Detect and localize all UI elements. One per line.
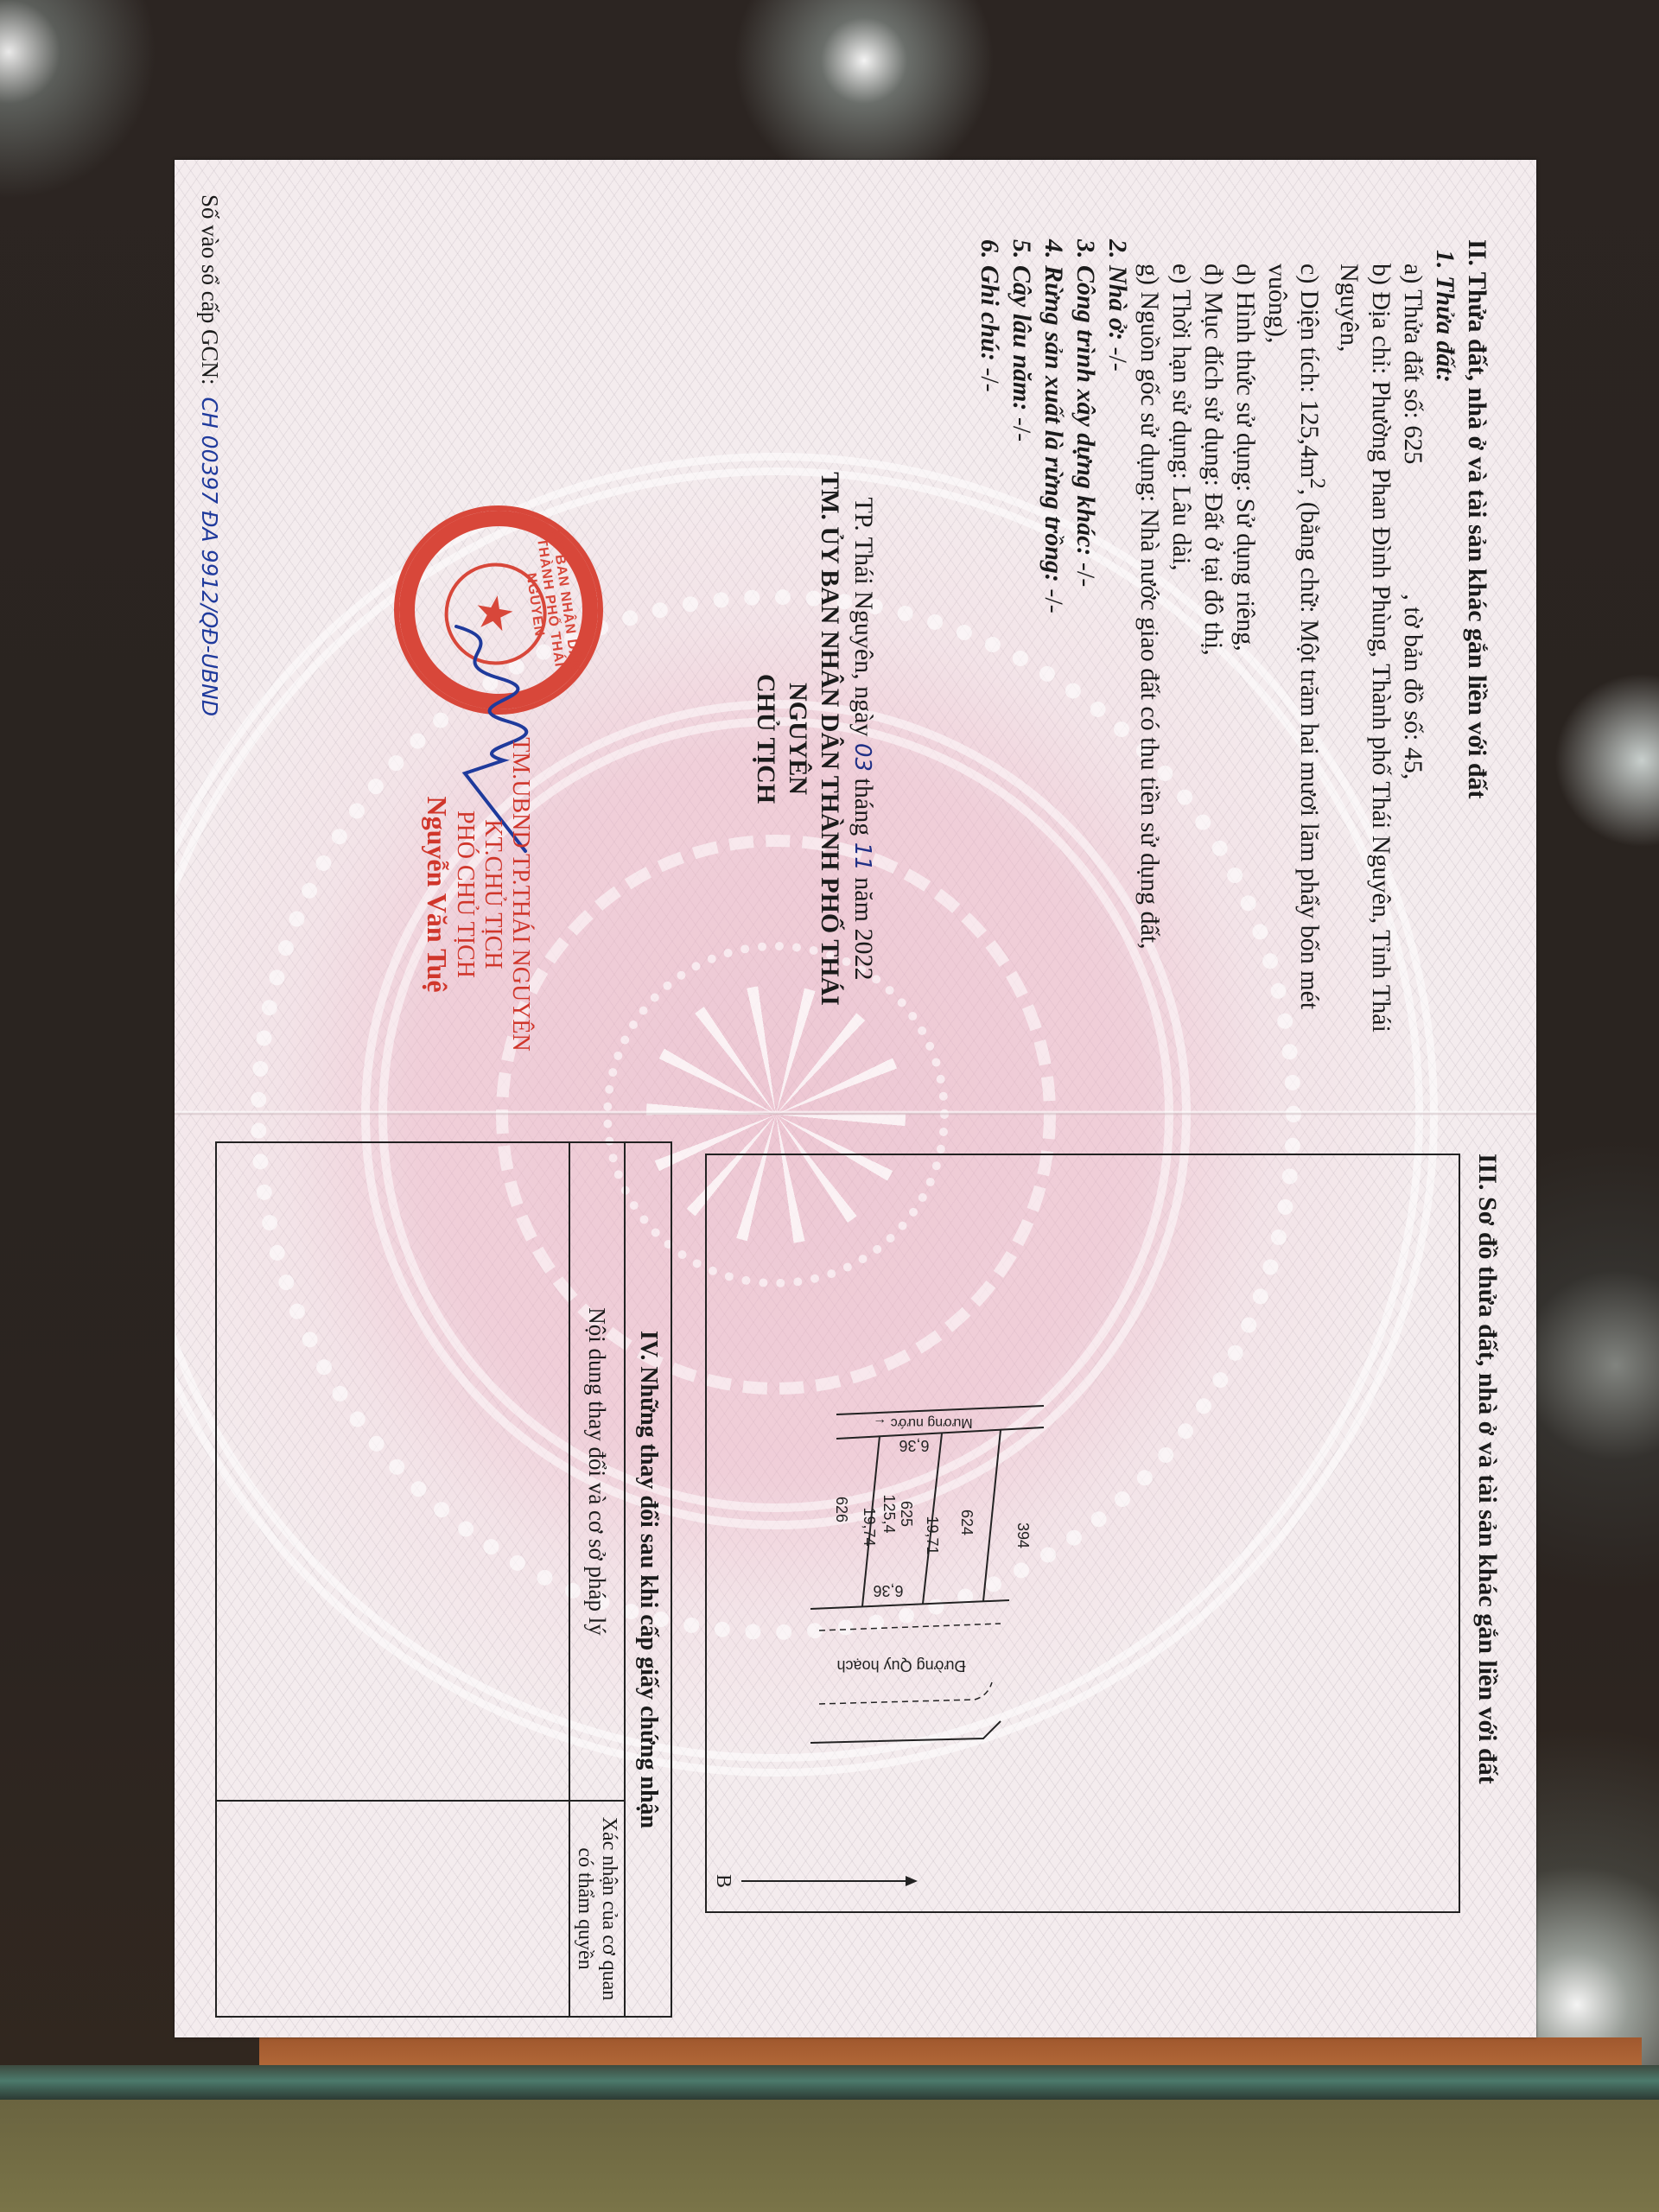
section-2-title: II. Thửa đất, nhà ở và tài sản khác gắn …: [1461, 239, 1493, 1086]
svg-text:394: 394: [1014, 1522, 1032, 1548]
section-4-title: IV. Những thay đổi sau khi cấp giấy chứn…: [624, 1143, 671, 2016]
section-item-label: 3. Công trình xây dựng khác:: [1071, 239, 1100, 556]
handwritten-day: 03: [849, 743, 875, 772]
parcel-label: a) Thửa đất số:: [1399, 264, 1427, 425]
svg-text:Mương nước ←: Mương nước ←: [873, 1415, 972, 1430]
signer-name: Nguyễn Văn Tuệ: [423, 687, 451, 1102]
section-item-label: 4. Rừng sản xuất là rừng trồng:: [1039, 239, 1068, 582]
svg-text:6,36: 6,36: [873, 1582, 903, 1599]
land-use-certificate: II. Thửa đất, nhà ở và tài sản khác gắn …: [175, 160, 1536, 2037]
area-label: c) Diện tích:: [1295, 264, 1324, 399]
table-floor: [0, 2100, 1659, 2212]
svg-text:125,4: 125,4: [880, 1494, 898, 1533]
section-item-label: 6. Ghi chú:: [976, 239, 1004, 361]
other-items-list: 2. Nhà ở: -/-3. Công trình xây dựng khác…: [974, 239, 1134, 1086]
svg-text:6,36: 6,36: [899, 1437, 929, 1454]
section-item: 3. Công trình xây dựng khác: -/-: [1070, 239, 1102, 1086]
svg-text:19,71: 19,71: [924, 1516, 941, 1554]
section-item: 2. Nhà ở: -/-: [1102, 239, 1134, 1086]
section-item-value: -/-: [976, 361, 1004, 392]
handwritten-month: 11: [849, 842, 875, 871]
section-item-label: 2. Nhà ở:: [1103, 239, 1132, 340]
col-2-line-2: có thẩm quyền: [573, 1802, 597, 2016]
signer-line-on-behalf: KT.CHỦ TỊCH: [479, 687, 506, 1102]
section-item-value: -/-: [1103, 340, 1132, 372]
usage-origin-line: g) Nguồn gốc sử dụng: Nhà nước giao đất …: [1134, 239, 1166, 1086]
page-2: III. Sơ đồ thửa đất, nhà ở và tài sản kh…: [175, 1116, 1536, 2037]
usage-purpose-line: đ) Mục đích sử dụng: Đất ở tại đô thị,: [1198, 239, 1230, 1086]
svg-text:626: 626: [833, 1497, 850, 1522]
signer-block-red: TM.UBND TP.THÁI NGUYÊN KT.CHỦ TỊCH PHÓ C…: [423, 687, 534, 1102]
land-heading: 1. Thửa đất:: [1429, 239, 1461, 1086]
svg-text:B: B: [712, 1874, 734, 1888]
section-item-value: -/-: [1039, 582, 1068, 613]
signer-role: CHỦ TỊCH: [750, 428, 782, 1050]
changes-table-header: Nội dung thay đổi và cơ sở pháp lý Xác n…: [569, 1143, 624, 2016]
usage-form-line: d) Hình thức sử dụng: Sử dụng riêng,: [1230, 239, 1262, 1086]
date-prefix: TP. Thái Nguyên, ngày: [849, 498, 878, 743]
svg-text:19,74: 19,74: [861, 1507, 878, 1546]
svg-text:625: 625: [898, 1501, 915, 1527]
registry-number: Số vào sổ cấp GCN:CH 00397 ĐA 9912/QĐ-UB…: [196, 194, 223, 716]
issuing-organization: TM. ỦY BAN NHÂN DÂN THÀNH PHỐ THÁI NGUYÊ…: [782, 428, 846, 1050]
table-column-divider: [217, 1800, 570, 1802]
year-label: năm 2022: [849, 871, 878, 981]
issue-date: TP. Thái Nguyên, ngày 03 tháng 11 năm 20…: [846, 428, 880, 1050]
area-value: 125,4m: [1295, 399, 1324, 478]
parcel-number-line: a) Thửa đất số: 625, tờ bản đồ số: 45,: [1397, 239, 1429, 1086]
col-change-content: Nội dung thay đổi và cơ sở pháp lý: [570, 1143, 624, 1802]
registry-handwritten-value: CH 00397 ĐA 9912/QĐ-UBND: [197, 397, 222, 716]
section-item-value: -/-: [1007, 410, 1036, 442]
parcel-number: 625: [1399, 425, 1427, 464]
address-line: b) Địa chỉ: Phường Phan Đình Phùng, Thàn…: [1333, 239, 1397, 1086]
col-2-line-1: Xác nhận của cơ quan: [597, 1802, 621, 2016]
month-label: tháng: [849, 772, 878, 842]
area-line: c) Diện tích: 125,4m2, (bằng chữ: Một tr…: [1262, 239, 1333, 1086]
map-sheet-label: , tờ bản đồ số:: [1399, 594, 1427, 747]
registry-label: Số vào sổ cấp GCN:: [197, 194, 223, 385]
svg-text:Đường Quy hoạch: Đường Quy hoạch: [837, 1657, 966, 1675]
signer-line-title: PHÓ CHỦ TỊCH: [451, 687, 479, 1102]
section-item-label: 5. Cây lâu năm:: [1007, 239, 1036, 410]
svg-text:624: 624: [958, 1510, 976, 1535]
glass-table-edge: [0, 2065, 1659, 2100]
section-item-value: -/-: [1071, 556, 1100, 587]
page-1: II. Thửa đất, nhà ở và tài sản khác gắn …: [175, 160, 1536, 1110]
signer-line-org: TM.UBND TP.THÁI NGUYÊN: [506, 687, 534, 1102]
section-item: 6. Ghi chú: -/-: [974, 239, 1006, 1086]
col-authority-confirmation: Xác nhận của cơ quan có thẩm quyền: [570, 1802, 624, 2016]
section-3-title: III. Sơ đồ thửa đất, nhà ở và tài sản kh…: [1472, 1154, 1502, 1784]
wood-edge: [259, 2037, 1642, 2068]
north-arrow-icon: B: [712, 1874, 918, 1888]
section-2-land-info: II. Thửa đất, nhà ở và tài sản khác gắn …: [974, 239, 1493, 1086]
parcel-diagram: B Đường Quy hoạch: [705, 1154, 1460, 1913]
map-sheet-number: 45: [1399, 747, 1427, 773]
certificate-wrapper: II. Thửa đất, nhà ở và tài sản khác gắn …: [175, 160, 1536, 2037]
punct: ,: [1399, 773, 1427, 780]
parcel-map: B Đường Quy hoạch: [707, 1155, 1459, 1911]
section-item: 4. Rừng sản xuất là rừng trồng: -/-: [1038, 239, 1070, 1086]
usage-term-line: e) Thời hạn sử dụng: Lâu dài,: [1166, 239, 1198, 1086]
signature-block: TP. Thái Nguyên, ngày 03 tháng 11 năm 20…: [750, 428, 880, 1050]
section-4-changes-table: IV. Những thay đổi sau khi cấp giấy chứn…: [215, 1141, 672, 2018]
area-unit-sup: 2: [1306, 478, 1329, 489]
section-item: 5. Cây lâu năm: -/-: [1006, 239, 1038, 1086]
